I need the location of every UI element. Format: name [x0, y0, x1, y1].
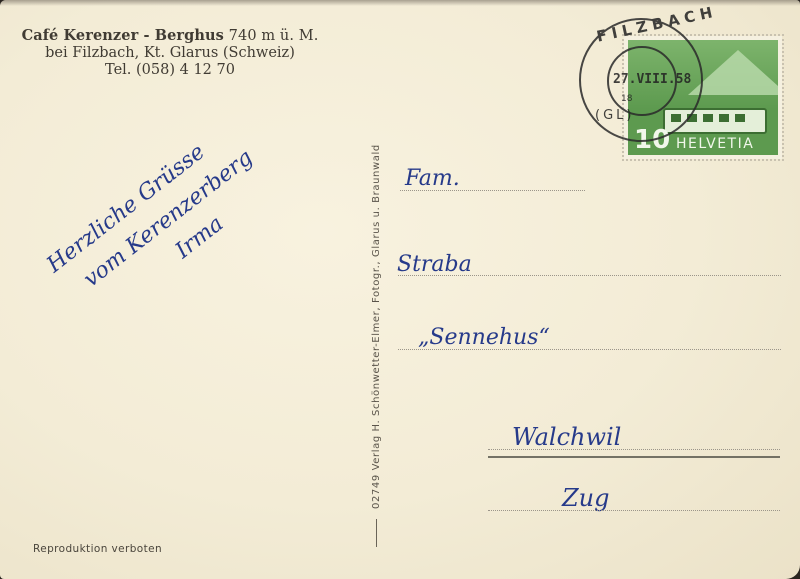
postmark-canton: (GL) — [595, 108, 634, 123]
address-line-4: Walchwil — [512, 423, 621, 451]
postmark-hour: 18 — [621, 94, 632, 104]
telephone-line: Tel. (058) 4 12 70 — [0, 62, 340, 79]
altitude: 740 m ü. M. — [224, 28, 318, 44]
address-line-3: „Sennehus“ — [418, 325, 550, 350]
location-line: bei Filzbach, Kt. Glarus (Schweiz) — [0, 45, 340, 62]
publisher-text: 02749 Verlag H. Schönwetter-Elmer, Fotog… — [371, 144, 382, 509]
address-dotted-line-5 — [488, 510, 780, 511]
address-line-1: Fam. — [405, 166, 460, 191]
publisher-imprint: 02749 Verlag H. Schönwetter-Elmer, Fotog… — [371, 144, 382, 547]
imprint-dash — [376, 519, 377, 547]
cafe-name: Café Kerenzer - Berghus — [22, 27, 224, 44]
reproduction-notice: Reproduktion verboten — [33, 543, 162, 555]
address-line-2: Straba — [397, 252, 472, 277]
address-line-5: Zug — [562, 484, 610, 512]
city-underline — [488, 456, 780, 458]
postmark-cancellation: FILZBACH 27.VIII.58 18 (GL) — [579, 18, 703, 142]
address-dotted-line-2 — [398, 275, 781, 276]
address-dotted-line-1 — [400, 190, 585, 191]
sender-header: Café Kerenzer - Berghus 740 m ü. M. bei … — [0, 27, 340, 79]
handwritten-greeting: Herzliche Grüsse vom Kerenzerberg Irma — [40, 115, 282, 335]
stamp-country: HELVETIA — [676, 136, 754, 152]
address-dotted-line-3 — [398, 349, 781, 350]
postcard-back: Café Kerenzer - Berghus 740 m ü. M. bei … — [0, 0, 800, 579]
address-dotted-line-4 — [488, 449, 780, 450]
postmark-date: 27.VIII.58 — [613, 72, 691, 87]
